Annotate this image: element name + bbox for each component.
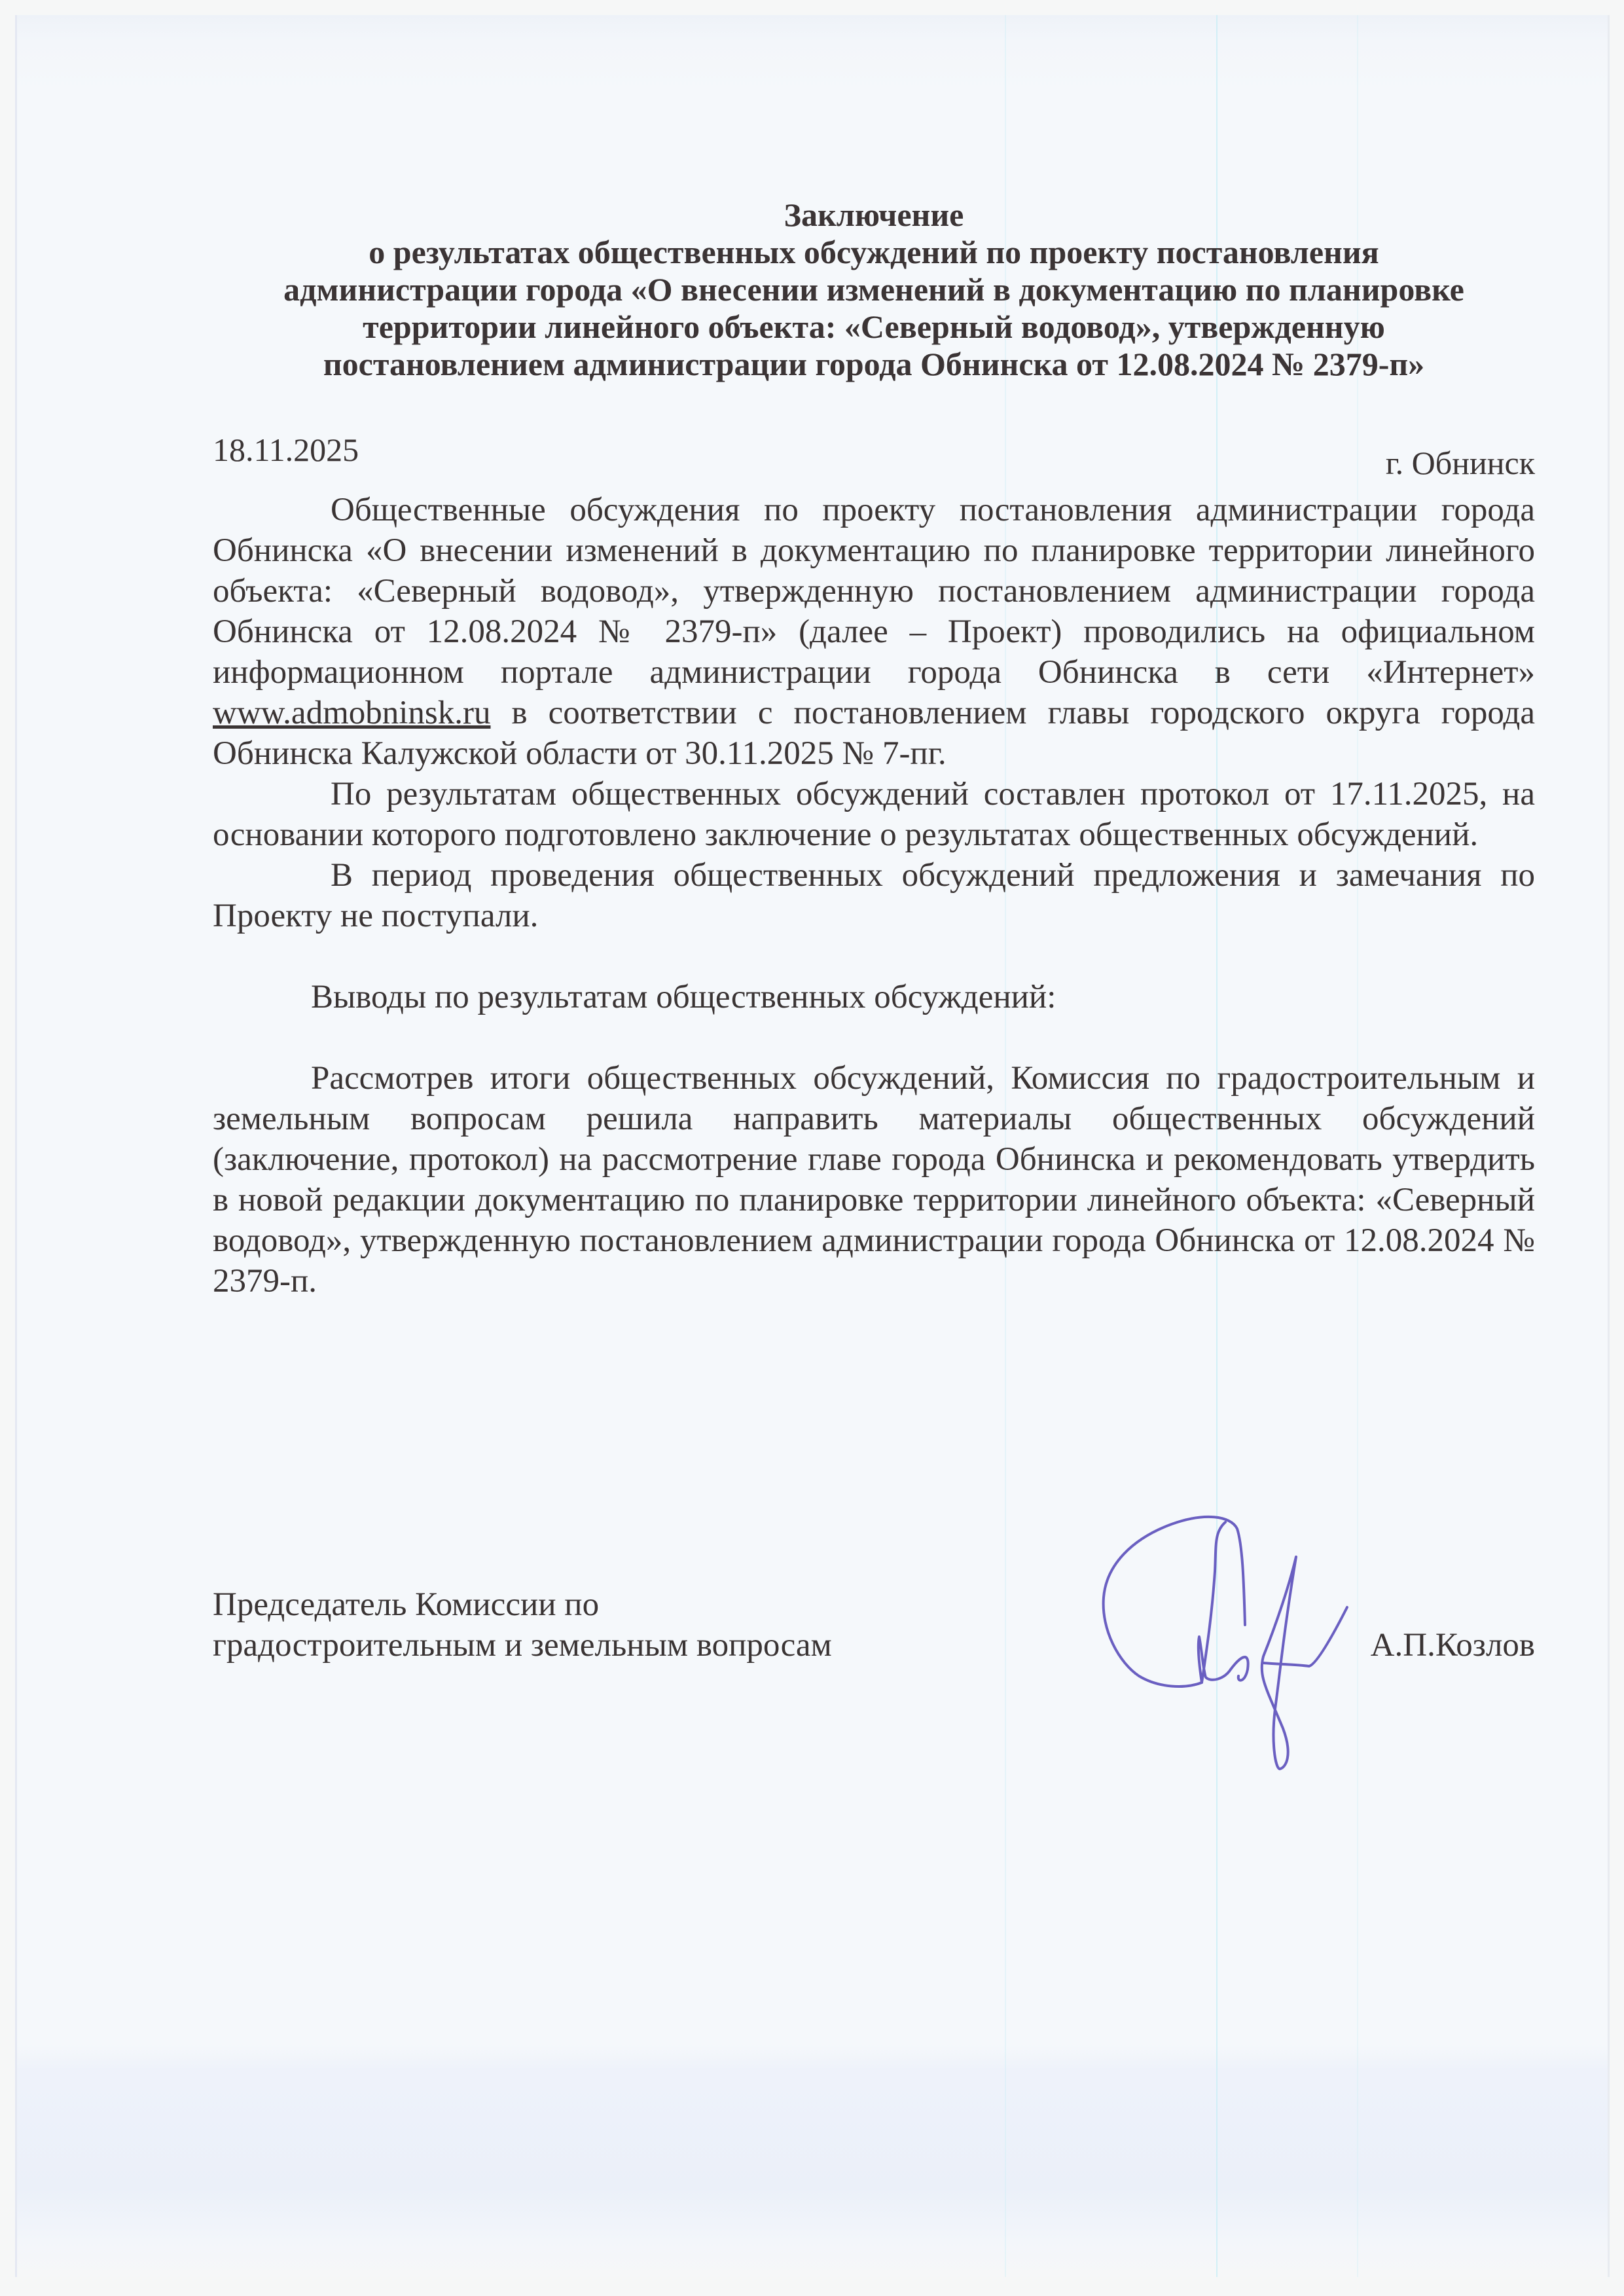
paragraph-protocol: По результатам общественных обсуждений с…	[213, 774, 1535, 855]
signature-icon	[1067, 1493, 1368, 1794]
portal-link[interactable]: www.admobninsk.ru	[213, 695, 491, 731]
document-date: 18.11.2025	[213, 431, 359, 469]
paragraph-decision: Рассмотрев итоги общественных обсуждений…	[213, 1058, 1535, 1302]
paragraph-public-discussion: Общественные обсуждения по проекту поста…	[213, 490, 1535, 774]
document-body: Общественные обсуждения по проекту поста…	[213, 490, 1535, 1302]
title-line: постановлением администрации города Обни…	[213, 346, 1535, 383]
document-title: Заключение о результатах общественных об…	[213, 196, 1535, 383]
title-line: территории линейного объекта: «Северный …	[213, 308, 1535, 346]
signatory-name: А.П.Козлов	[1371, 1625, 1535, 1666]
paragraph-text: Общественные обсуждения по проекту поста…	[213, 492, 1535, 691]
title-line: о результатах общественных обсуждений по…	[213, 234, 1535, 271]
signatory-position: Председатель Комиссии по градостроительн…	[213, 1584, 832, 1666]
title-line: администрации города «О внесении изменен…	[213, 271, 1535, 308]
spacer	[213, 936, 1535, 977]
date-place-row: 18.11.2025 г. Обнинск	[213, 431, 1535, 490]
conclusions-heading: Выводы по результатам общественных обсуж…	[213, 977, 1535, 1017]
paragraph-no-proposals: В период проведения общественных обсужде…	[213, 855, 1535, 936]
signature-block: Председатель Комиссии по градостроительн…	[213, 1584, 1535, 1794]
position-line: градостроительным и земельным вопросам	[213, 1625, 832, 1666]
title-line: Заключение	[213, 196, 1535, 234]
document-content: Заключение о результатах общественных об…	[213, 196, 1535, 1302]
position-line: Председатель Комиссии по	[213, 1584, 832, 1625]
spacer	[213, 1017, 1535, 1058]
document-city: г. Обнинск	[1386, 444, 1535, 482]
